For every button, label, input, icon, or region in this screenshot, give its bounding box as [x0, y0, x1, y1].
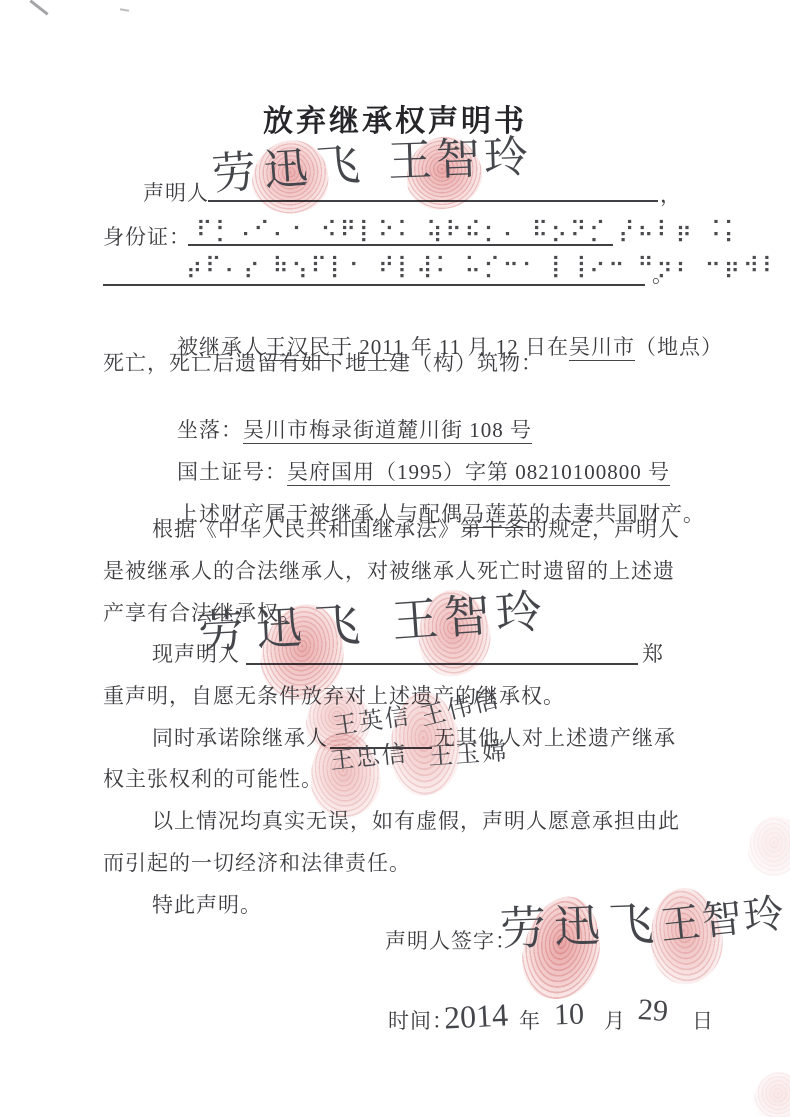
- id-period: 。: [652, 262, 674, 288]
- truth-line2: 而引起的一切经济和法律责任。: [103, 850, 411, 876]
- paragraph-law-line2: 是被继承人的合法继承人，对被继承人死亡时遗留的上述遗: [103, 558, 675, 584]
- declarant-label: 声明人: [143, 180, 209, 206]
- death-place: 吴川市: [569, 335, 635, 361]
- scanned-declaration-document: 放弃继承权声明书 声明人 ， 劳迅飞 王智玲 身份证： ⠏⡃⠠⠊⠄⠂ ⠪⠟⡇⠕⠅…: [0, 0, 790, 1117]
- paragraph-deceased-line2: 死亡，死亡后遗留有如下地上建（构）筑物：: [103, 350, 543, 376]
- promise-label: 同时承诺除继承人: [152, 725, 328, 751]
- truth-line1: 以上情况均真实无误，如有虚假，声明人愿意承担由此: [152, 808, 680, 834]
- handwritten-signature: 劳迅飞: [211, 143, 370, 198]
- id-blank-line-2: [103, 262, 645, 286]
- handwritten-signature: 劳迅飞: [197, 601, 373, 656]
- handwritten-year: 2014: [443, 998, 509, 1033]
- day-unit: 日: [692, 1008, 714, 1034]
- scan-speck: [120, 8, 129, 12]
- promise-line2: 权主张权利的可能性。: [103, 766, 323, 792]
- fingerprint-smudge: [748, 816, 790, 876]
- handwritten-heir-name: 王玉嫦: [427, 739, 510, 770]
- declarant-comma: ，: [660, 182, 682, 208]
- handwritten-signature: 劳迅飞: [499, 901, 663, 953]
- year-unit: 年: [519, 1008, 541, 1034]
- handwritten-signature: 王智玲: [658, 894, 787, 947]
- fingerprint-smudge: [754, 1072, 790, 1117]
- scan-speck: [29, 0, 48, 15]
- signing-label: 声明人签字：: [385, 928, 517, 954]
- id-card-label: 身份证：: [103, 224, 191, 250]
- handwritten-signature: 王智玲: [387, 136, 532, 185]
- id-blank-line-1: [188, 222, 613, 246]
- paragraph-law-line1: 根据《中华人民共和国继承法》第十条的规定，声明人: [152, 516, 680, 542]
- handwritten-month: 10: [553, 999, 584, 1030]
- now-declare-tail: 郑: [642, 641, 664, 667]
- handwritten-signature: 王智玲: [391, 589, 550, 646]
- text-segment: （地点）: [635, 335, 723, 359]
- month-unit: 月: [604, 1008, 626, 1034]
- hereby-statement: 特此声明。: [152, 892, 262, 918]
- handwritten-day: 29: [637, 995, 669, 1027]
- document-title: 放弃继承权声明书: [0, 96, 790, 140]
